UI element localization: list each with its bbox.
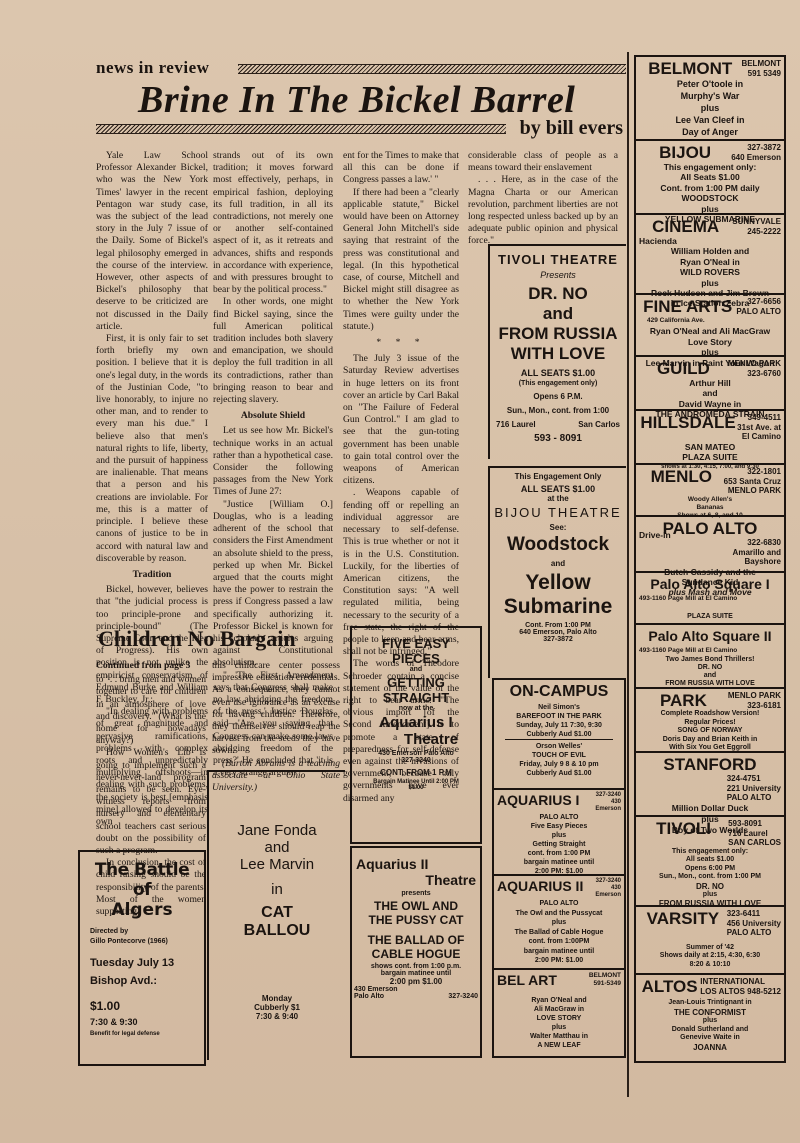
theatre-name: TIVOLI THEATRE	[492, 252, 624, 267]
listing-line: Neil Simon's	[497, 703, 621, 712]
listing-line: Sun., Mon., cont. from 1:00 PM	[639, 873, 781, 882]
listing-line: The Owl and the Pussycat	[497, 909, 621, 919]
film-title: FIVE EASY	[352, 636, 480, 651]
location-line: 245-2222	[732, 227, 781, 237]
article-column-4: considerable class of people as a means …	[468, 150, 618, 248]
listing-line: All seats $1.00	[639, 856, 781, 865]
location: MENLO PARK323-6181	[728, 691, 781, 710]
price: ALL SEATS $1.00	[490, 484, 626, 494]
location-line: PALO ALTO	[727, 928, 781, 938]
price: $1.00	[352, 785, 480, 791]
listing-line: THE CONFORMIST	[639, 1008, 781, 1018]
location-line: 640 Emerson	[731, 153, 781, 163]
city: San Carlos	[578, 420, 620, 429]
film-title: THE BALLAD OF	[352, 933, 480, 947]
ad-tivoli-theatre: TIVOLI THEATRE Presents DR. NO and FROM …	[488, 244, 626, 459]
location-line: MENLO PARK	[728, 359, 781, 369]
ad-aquarius-ii-theatre: Aquarius II Theatre presents THE OWL AND…	[350, 846, 482, 1058]
listing-line: and	[639, 672, 781, 680]
day: Monday	[209, 994, 345, 1003]
ad-cat-ballou: Jane Fonda and Lee Marvin in CAT BALLOU …	[207, 770, 345, 1060]
in-label: in	[209, 881, 345, 898]
hatched-rule-bottom	[96, 124, 506, 134]
location-line: 327-3872	[731, 143, 781, 153]
listing-line: plus	[497, 918, 621, 928]
listing-line: 8:20 & 10:10	[639, 961, 781, 970]
listing-line: Peter O'toole in	[639, 78, 781, 90]
theatre-name: Palo Alto Square II	[648, 627, 771, 646]
phone: 327-3240	[448, 993, 478, 1000]
theatre-name: PALO ALTO	[663, 519, 758, 538]
location-line: 221 University	[727, 784, 781, 794]
ad-on-campus: ON-CAMPUS Neil Simon's BAREFOOT IN THE P…	[492, 678, 626, 790]
actor: Lee Marvin	[209, 856, 345, 873]
listing-line: plus	[639, 891, 781, 900]
listing-line: David Wayne in	[639, 399, 781, 409]
presents-label: Presents	[492, 270, 624, 280]
listing-bijou: BIJOU 327-3872640 Emerson This engagemen…	[634, 139, 786, 215]
paragraph: Yale Law School Professor Alexander Bick…	[96, 150, 208, 333]
theatre-name: PARK	[660, 691, 707, 710]
location: 324-4751221 UniversityPALO ALTO	[727, 774, 781, 803]
continued-note: Continued from page 3	[96, 660, 206, 672]
listing-line: WOODSTOCK	[639, 193, 781, 203]
listing-line: JOANNA	[639, 1043, 781, 1053]
phone: 327-3240	[352, 757, 480, 764]
listing-line: Cont. from 1:00 PM daily	[639, 183, 781, 193]
theatre-name: GUILD	[657, 359, 710, 378]
theatre-name: BIJOU THEATRE	[490, 505, 626, 520]
film-title: THE OWL AND	[352, 899, 480, 913]
paragraph: If there had been a "clearly applicable …	[343, 187, 459, 333]
listing-line: 493-1160 Page Mill at El Camino	[639, 594, 781, 604]
ad-bel-art: BEL ART BELMONT591-5349 Ryan O'Neal and …	[492, 968, 626, 1058]
listing-line: Getting Straight	[497, 840, 621, 849]
theatre-name: HILLSDALE	[640, 413, 735, 432]
location-line: 322-6830	[733, 538, 781, 548]
location-line: El Camino	[737, 432, 781, 442]
city: PALO ALTO	[497, 813, 621, 822]
listing-line: bargain matinee until	[497, 947, 621, 957]
listing-line: cont. from 1:00PM	[497, 937, 621, 947]
listing-line: PLAZA SUITE	[639, 452, 781, 462]
city: PALO ALTO	[497, 899, 621, 909]
paragraph: The July 3 issue of the Saturday Review …	[343, 353, 459, 487]
location-line: 324-4751	[727, 774, 781, 784]
location: 593-8091716 LaurelSAN CARLOS	[728, 819, 781, 848]
location-line: SAN CARLOS	[728, 838, 781, 848]
showtimes: 7:30 & 9:40	[209, 1012, 345, 1021]
film-title: CABLE HOGUE	[352, 947, 480, 961]
paragraph: Let us see how Mr. Bickel's technique wo…	[213, 425, 333, 498]
hatched-rule-top	[238, 64, 626, 74]
listing-line: Day of Anger	[639, 126, 781, 138]
listing-line: Doris Day and Brian Keith in	[639, 736, 781, 745]
newspaper-page: news in review Brine In The Bickel Barre…	[0, 0, 800, 1143]
location-line: LOS ALTOS 948-5212	[700, 987, 781, 997]
theatre-name: ALTOS	[642, 977, 698, 996]
film-title: BAREFOOT IN THE PARK	[497, 712, 621, 721]
listing-cinema: CINEMA SUNNYVALE245-2222 Hacienda Willia…	[634, 213, 786, 295]
location-line: 322-1801	[724, 467, 781, 477]
listing-park: PARK MENLO PARK323-6181 Complete Roadsho…	[634, 687, 786, 753]
theatre-name: VARSITY	[647, 909, 719, 928]
listing-line: WILD ROVERS	[639, 267, 781, 277]
listing-line: cont. from 1:00 PM	[497, 849, 621, 858]
listing-line: This engagement only:	[639, 848, 781, 857]
showtimes: Sunday, July 11 7:30, 9:30	[497, 721, 621, 730]
film-title: Woodstock	[490, 534, 626, 556]
address-row: Palo Alto 327-3240	[352, 993, 480, 1000]
phone: 327-3240	[595, 878, 621, 885]
listing-line: Ryan O'Neal and Ali MacGraw	[639, 326, 781, 336]
theatre-name: AQUARIUS II	[497, 878, 583, 899]
showtimes: Friday, July 9 8 & 10 pm	[497, 760, 621, 769]
headline: Brine In The Bickel Barrel	[138, 78, 575, 122]
listing-line: plus	[639, 102, 781, 114]
city: Palo Alto	[354, 993, 384, 1000]
listing-tivoli: TIVOLI 593-8091716 LaurelSAN CARLOS This…	[634, 815, 786, 907]
listing-hillsdale: HILLSDALE 349-451131st Ave. atEl Camino …	[634, 409, 786, 465]
theatre-name: AQUARIUS I	[497, 792, 579, 813]
paragraph: to ". . bring men and women together to …	[96, 674, 206, 747]
theatre-name: BEL ART	[497, 972, 557, 988]
listing-line: and	[639, 388, 781, 398]
subheading: Absolute Shield	[213, 410, 333, 422]
address: 430 Emerson	[352, 986, 480, 993]
subheading: Tradition	[96, 569, 208, 581]
listing-line: bargain matinee until	[497, 858, 621, 867]
listing-line: Walter Matthau in	[497, 1032, 621, 1041]
ad-aquarius-i-listing: AQUARIUS I 327-3240430Emerson PALO ALTO …	[492, 788, 626, 876]
and-label: and	[352, 666, 480, 673]
schedule: CONT. FROM 1 P.M	[352, 768, 480, 777]
location-line: 593-8091	[728, 819, 781, 829]
film-title: THE PUSSY CAT	[352, 913, 480, 927]
engagement-note: This Engagement Only	[490, 472, 626, 481]
note: Benefit for legal defense	[90, 1031, 194, 1037]
listing-line: Ryan O'Neal in	[639, 257, 781, 267]
theatre-name: BELMONT	[648, 59, 732, 78]
theatre-name: Aquarius II	[352, 856, 480, 872]
location: 327-3240430Emerson	[595, 878, 621, 899]
street-number: 430	[595, 885, 621, 892]
location: 322-6830Amarillo andBayshore	[733, 538, 781, 567]
location-line: 323-6181	[728, 701, 781, 711]
venue: Cubberly Aud $1.00	[497, 769, 621, 778]
listing-line: Orson Welles'	[497, 742, 621, 751]
theatre-name: BIJOU	[659, 143, 711, 162]
listing-altos: ALTOS INTERNATIONALLOS ALTOS 948-5212 Je…	[634, 973, 786, 1063]
listing-line: Regular Prices!	[639, 719, 781, 728]
listing-line: Ali MacGraw in	[497, 1005, 621, 1014]
listing-line: The Ballad of Cable Hogue	[497, 928, 621, 938]
street: Emerson	[595, 806, 621, 813]
listing-line: Shows daily at 2:15, 4:30, 6:30	[639, 952, 781, 961]
ad-battle-of-algiers: The Battle of Algers Directed by Gillo P…	[78, 850, 206, 1066]
location: BELMONT591-5349	[589, 972, 621, 988]
director: Gillo Pontecorve (1966)	[90, 938, 194, 945]
listing-line: plus	[497, 831, 621, 840]
theatre-name: TIVOLI	[656, 819, 711, 838]
phone: 327-3872	[490, 636, 626, 643]
byline: by bill evers	[520, 117, 623, 140]
location-line: 323-6760	[728, 369, 781, 379]
column-divider	[627, 52, 629, 1097]
listing-line: Million Dollar Duck	[639, 803, 781, 814]
film-title: BALLOU	[209, 922, 345, 940]
theatre-name: CINEMA	[652, 217, 719, 236]
listing-line: Two James Bond Thrillers!	[639, 656, 781, 664]
address: 716 Laurel	[496, 420, 536, 429]
listing-line: LOVE STORY	[497, 1014, 621, 1023]
listing-line: Lee Van Cleef in	[639, 114, 781, 126]
listing-line: Ryan O'Neal and	[497, 996, 621, 1005]
listing-line: Jean-Louis Trintignant in	[639, 999, 781, 1008]
now-label: now at the	[352, 705, 480, 712]
note: (This engagement only)	[492, 380, 624, 387]
listing-line: DR. NO	[639, 882, 781, 891]
film-title: STRAIGHT	[352, 690, 480, 705]
address: 430 Emerson Palo Alto	[352, 750, 480, 757]
listing-line: Complete Roadshow Version!	[639, 710, 781, 719]
street: Emerson	[595, 892, 621, 899]
location-line: 591 5349	[741, 69, 781, 79]
location-line: Amarillo and	[733, 548, 781, 558]
location-line: 323-6411	[727, 909, 781, 919]
and-label: and	[492, 304, 624, 324]
location: 349-451131st Ave. atEl Camino	[737, 413, 781, 442]
location: 323-6411456 UniversityPALO ALTO	[727, 909, 781, 938]
theatre-name: FINE ARTS	[643, 297, 732, 316]
location: 327-6656PALO ALTO	[736, 297, 781, 316]
film-title: Yellow	[490, 571, 626, 595]
listing-line: Opens 6:00 PM	[639, 865, 781, 874]
street-number: 430	[595, 799, 621, 806]
actor: Jane Fonda	[209, 822, 345, 839]
phone: 591-5349	[589, 980, 621, 988]
location-line: 653 Santa Cruz	[724, 477, 781, 487]
listing-guild: GUILD MENLO PARK323-6760 Arthur Hill and…	[634, 355, 786, 411]
location: 322-1801653 Santa CruzMENLO PARK	[724, 467, 781, 496]
ad-bijou-theatre: This Engagement Only ALL SEATS $1.00 at …	[488, 466, 626, 678]
listing-palo-alto-square-ii: Palo Alto Square II 493-1160 Page Mill a…	[634, 623, 786, 689]
listing-line: Arthur Hill	[639, 378, 781, 388]
listing-line: Woody Allen's	[639, 496, 781, 504]
listing-line: Hacienda	[639, 236, 781, 246]
listing-header: AQUARIUS I 327-3240430Emerson	[497, 792, 621, 813]
location: MENLO PARK323-6760	[728, 359, 781, 378]
listing-palo-alto-square-i: Palo Alto Square I 493-1160 Page Mill at…	[634, 571, 786, 625]
price: 2:00 pm $1.00	[352, 977, 480, 986]
paragraph: this childcare center possess impressive…	[212, 660, 340, 758]
film-title: Submarine	[490, 595, 626, 619]
listing-line: plus	[497, 1023, 621, 1032]
listing-line: Summer of '42	[639, 944, 781, 953]
film-title: PIECES	[352, 651, 480, 666]
listing-line: Donald Sutherland and	[639, 1026, 781, 1035]
location-line: BELMONT	[741, 59, 781, 69]
listing-line: 493-1160 Page Mill at El Camino	[639, 646, 781, 656]
paragraph: ent for the Times to make that all this …	[343, 150, 459, 187]
listing-line: SONG OF NORWAY	[639, 727, 781, 736]
showtimes: 7:30 & 9:30	[90, 1017, 194, 1027]
phone: 593 - 8091	[492, 433, 624, 444]
listing-line: All Seats $1.00	[639, 172, 781, 182]
location-line: MENLO PARK	[728, 691, 781, 701]
location-line: Bayshore	[733, 557, 781, 567]
director-label: Directed by	[90, 928, 194, 935]
film-title: The Battle of	[90, 860, 194, 900]
film-title: TOUCH OF EVIL	[497, 751, 621, 760]
price: ALL SEATS $1.00	[492, 368, 624, 378]
listing-fine-arts: FINE ARTS 327-6656PALO ALTO 429 Californ…	[634, 293, 786, 357]
see-label: See:	[490, 523, 626, 532]
listing-line: SAN MATEO	[639, 442, 781, 452]
theatre-name: MENLO	[651, 467, 712, 486]
listing-line: Genevive Waite in	[639, 1034, 781, 1043]
venue: Bishop Avd.:	[90, 975, 194, 987]
address: 640 Emerson, Palo Alto	[490, 629, 626, 636]
city: BELMONT	[589, 972, 621, 980]
film-title: DR. NO	[492, 284, 624, 304]
paragraph: strands out of its own tradition; it mov…	[213, 150, 333, 296]
film-title: GETTING	[352, 675, 480, 690]
location: SUNNYVALE245-2222	[732, 217, 781, 236]
at-label: at the	[490, 494, 626, 503]
presents-label: presents	[352, 890, 480, 897]
location-line: SUNNYVALE	[732, 217, 781, 227]
section-kicker: news in review	[96, 58, 209, 78]
section-break: * * *	[343, 337, 459, 349]
film-title: CAT	[209, 904, 345, 922]
listing-line: PLAZA SUITE	[639, 612, 781, 622]
venue: Cubberly Aud $1.00	[505, 730, 613, 740]
listing-line: 2:00 PM: $1.00	[497, 956, 621, 966]
listing-line: Five Easy Pieces	[497, 822, 621, 831]
theatre-name: Palo Alto Square I	[650, 575, 769, 594]
listing-line: 429 California Ave.	[639, 316, 781, 326]
listing-palo-alto-drive-in: PALO ALTO 322-6830Amarillo andBayshore D…	[634, 515, 786, 573]
schedule: shows cont. from 1:00 p.m.	[352, 963, 480, 970]
paragraph: First, it is only fair to set forth brie…	[96, 333, 208, 565]
and-label: and	[209, 839, 345, 856]
schedule: Cont. From 1:00 PM	[490, 622, 626, 629]
matinee: bargain matinee until	[352, 970, 480, 977]
and-label: and	[490, 559, 626, 568]
theatre-name: Theatre	[352, 731, 480, 748]
phone: 327-3240	[595, 792, 621, 799]
listing-menlo: MENLO 322-1801653 Santa CruzMENLO PARK W…	[634, 463, 786, 517]
location-line: 349-4511	[737, 413, 781, 423]
listing-line: Murphy's War	[639, 90, 781, 102]
location-line: 327-6656	[736, 297, 781, 307]
listing-line: plus	[639, 278, 781, 288]
location-line: PALO ALTO	[727, 793, 781, 803]
listing-line: Bananas	[639, 504, 781, 512]
theatre-name: Aquarius I	[352, 714, 480, 731]
film-title: FROM RUSSIA	[492, 324, 624, 344]
listing-line: DR. NO	[639, 664, 781, 672]
price: $1.00	[90, 999, 194, 1013]
listing-header: AQUARIUS II 327-3240430Emerson	[497, 878, 621, 899]
listing-varsity: VARSITY 323-6411456 UniversityPALO ALTO …	[634, 905, 786, 975]
listing-belmont: BELMONT BELMONT591 5349 Peter O'toole in…	[634, 55, 786, 141]
listing-line: A NEW LEAF	[497, 1041, 621, 1050]
film-title: WITH LOVE	[492, 344, 624, 364]
listing-line: William Holden and	[639, 246, 781, 256]
location-line: 31st Ave. at	[737, 423, 781, 433]
paragraph: considerable class of people as a means …	[468, 150, 618, 174]
film-title: Algers	[90, 900, 194, 920]
location: BELMONT591 5349	[741, 59, 781, 78]
ad-aquarius-ii-listing: AQUARIUS II 327-3240430Emerson PALO ALTO…	[492, 874, 626, 970]
listing-line: plus	[639, 1017, 781, 1026]
location: INTERNATIONALLOS ALTOS 948-5212	[700, 977, 781, 996]
article-headline-children: Children No Bargain	[98, 626, 296, 652]
location-line: 716 Laurel	[728, 829, 781, 839]
paragraph: How Women's Lib is going to implement su…	[96, 747, 206, 857]
ad-five-easy-pieces: FIVE EASY PIECES and GETTING STRAIGHT no…	[350, 626, 482, 844]
location-line: PALO ALTO	[736, 307, 781, 317]
paragraph: . . . Here, as in the case of the Magna …	[468, 174, 618, 247]
theatre-name: Theatre	[352, 872, 480, 888]
opens-time: Opens 6 P.M.	[492, 392, 624, 401]
location: 327-3240430Emerson	[595, 792, 621, 813]
listing-line: This engagement only:	[639, 162, 781, 172]
paragraph: In other words, one might find Bickel sa…	[213, 296, 333, 406]
theatre-name: ON-CAMPUS	[497, 682, 621, 701]
listing-line: Love Story	[639, 337, 781, 347]
venue: Cubberly $1	[209, 1003, 345, 1012]
location: 327-3872640 Emerson	[731, 143, 781, 162]
date: Tuesday July 13	[90, 957, 194, 969]
listing-header: BEL ART BELMONT591-5349	[497, 972, 621, 988]
schedule: Sun., Mon., cont. from 1:00	[492, 406, 624, 415]
listing-stanford: STANFORD 324-4751221 UniversityPALO ALTO…	[634, 751, 786, 817]
location-line: 456 University	[727, 919, 781, 929]
location-line: INTERNATIONAL	[700, 977, 781, 987]
location-line: MENLO PARK	[724, 486, 781, 496]
address-row: 716 Laurel San Carlos	[492, 420, 624, 429]
theatre-name: STANFORD	[663, 755, 756, 774]
